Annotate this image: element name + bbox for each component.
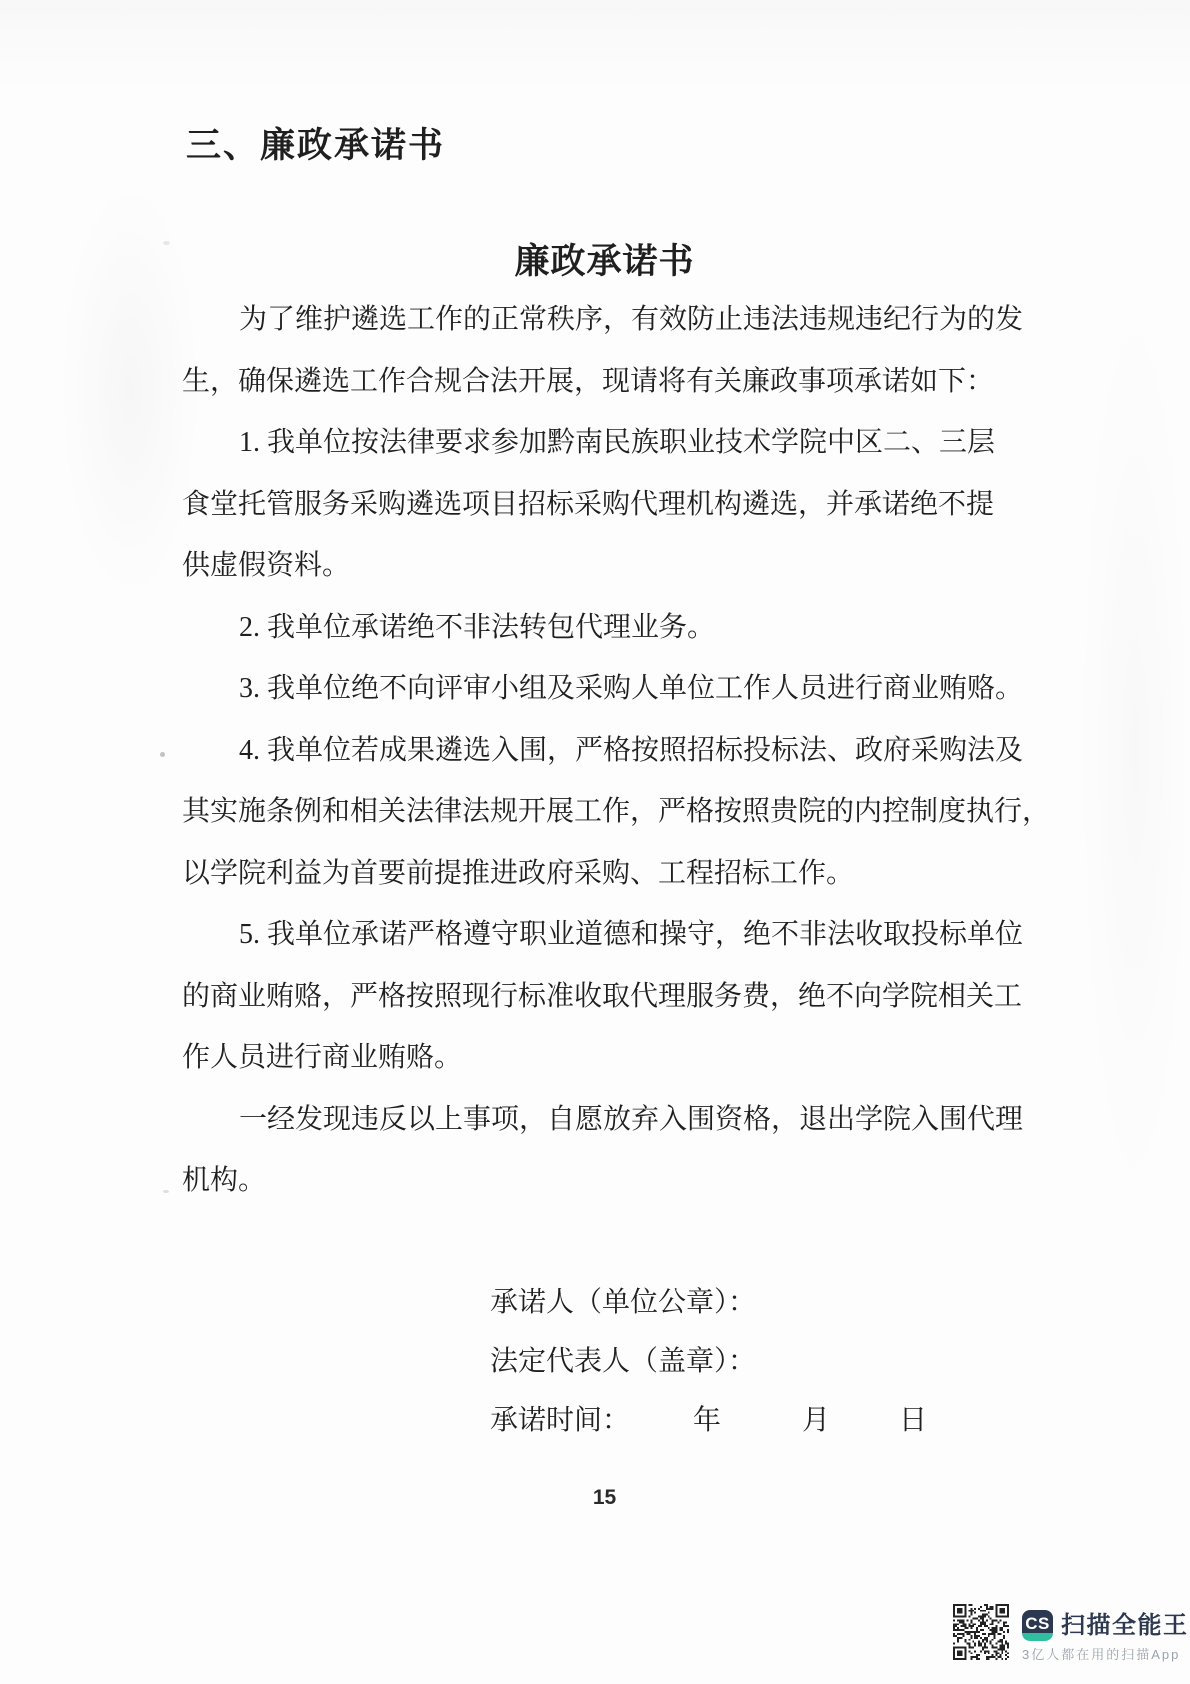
camscanner-tagline: 3亿人都在用的扫描App — [1022, 1644, 1180, 1663]
scan-smudge — [0, 0, 1190, 90]
camscanner-app-name: 扫描全能王 — [1061, 1610, 1189, 1641]
year-label: 年 — [693, 1391, 721, 1450]
body-line: 的商业贿赂，严格按照现行标准收取代理服务费，绝不向学院相关工 — [182, 966, 1042, 1028]
body-line: 一经发现违反以上事项，自愿放弃入围资格，退出学院入围代理 — [182, 1089, 1042, 1151]
body-line: 作人员进行商业贿赂。 — [182, 1027, 1042, 1089]
page-number: 15 — [182, 1486, 1027, 1510]
scan-artifact — [160, 752, 165, 757]
section-heading: 三、廉政承诺书 — [186, 118, 445, 168]
body-line: 供虚假资料。 — [182, 535, 1042, 597]
legal-representative-line: 法定代表人（盖章）： — [490, 1332, 970, 1391]
document-title: 廉政承诺书 — [182, 234, 1027, 284]
scanned-document-page: 三、廉政承诺书 廉政承诺书 为了维护遴选工作的正常秩序，有效防止违法违规违纪行为… — [0, 0, 1190, 1684]
body-line: 机构。 — [182, 1150, 1042, 1212]
date-label: 承诺时间： — [490, 1405, 630, 1436]
body-line: 1. 我单位按法律要求参加黔南民族职业技术学院中区二、三层 — [182, 412, 1042, 474]
signature-block: 承诺人（单位公章）： 法定代表人（盖章）： 承诺时间： 年 月 日 — [490, 1273, 970, 1450]
body-line: 其实施条例和相关法律法规开展工作，严格按照贵院的内控制度执行， — [182, 781, 1042, 843]
body-line: 为了维护遴选工作的正常秩序，有效防止违法违规违纪行为的发 — [182, 289, 1042, 351]
day-label: 日 — [899, 1391, 927, 1450]
document-body: 为了维护遴选工作的正常秩序，有效防止违法违规违纪行为的发 生，确保遴选工作合规合… — [182, 289, 1042, 1212]
commitment-date-line: 承诺时间： 年 月 日 — [490, 1391, 970, 1450]
scan-artifact — [163, 241, 170, 245]
month-label: 月 — [802, 1391, 830, 1450]
camscanner-logo-icon: CS — [1022, 1610, 1053, 1641]
qr-code-icon — [953, 1604, 1009, 1660]
body-line: 食堂托管服务采购遴选项目招标采购代理机构遴选，并承诺绝不提 — [182, 474, 1042, 536]
promiser-line: 承诺人（单位公章）： — [490, 1273, 970, 1332]
body-line: 以学院利益为首要前提推进政府采购、工程招标工作。 — [182, 843, 1042, 905]
scan-smudge — [1080, 300, 1190, 1200]
body-line: 3. 我单位绝不向评审小组及采购人单位工作人员进行商业贿赂。 — [182, 658, 1042, 720]
body-line: 2. 我单位承诺绝不非法转包代理业务。 — [182, 597, 1042, 659]
scan-smudge — [60, 180, 200, 600]
body-line: 生，确保遴选工作合规合法开展，现请将有关廉政事项承诺如下： — [182, 351, 1042, 413]
body-line: 4. 我单位若成果遴选入围，严格按照招标投标法、政府采购法及 — [182, 720, 1042, 782]
body-line: 5. 我单位承诺严格遵守职业道德和操守，绝不非法收取投标单位 — [182, 904, 1042, 966]
scan-artifact — [163, 1190, 169, 1193]
